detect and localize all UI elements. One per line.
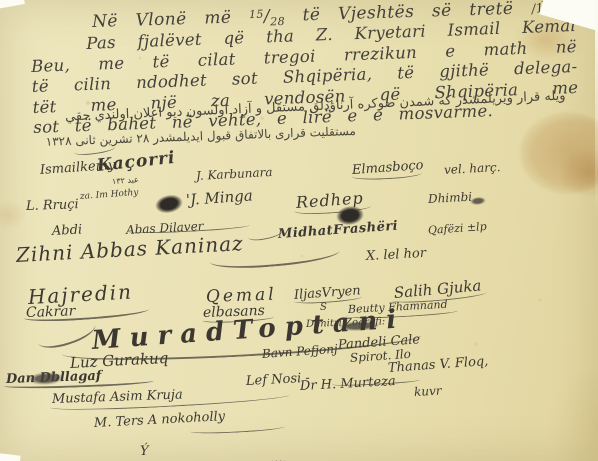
day-fraction: 15/28 <box>249 6 285 27</box>
signature-dhimbi: Dhimbi <box>428 190 473 206</box>
year-fraction-den: /1912. <box>531 0 574 14</box>
dateline-pre: Në Vlonë më <box>92 8 232 32</box>
signature-xlel: X. lel hor <box>366 246 427 264</box>
scanned-document: Në Vlonë më 15/28 të Vjeshtës së tretë 1… <box>0 0 598 461</box>
signature-kacorri-arabic: عبد ١٣٢ <box>112 175 139 186</box>
signature-rruci: L. Rruçi <box>26 197 79 214</box>
signature-abdi-toptani: Abdi <box>52 222 83 239</box>
signature-vel-harc: vel. harç. <box>444 160 501 177</box>
signature-partial-1: Ý <box>140 444 149 459</box>
year-fraction: 1328 /1912. <box>530 0 574 14</box>
signature-kuvr: kuvr <box>414 384 442 399</box>
signature-partial-2: ﹏ <box>272 446 285 461</box>
signature-hajredin-cakrani-line2: Cakrar <box>26 303 76 321</box>
day-fraction-num: 15 <box>249 8 264 21</box>
